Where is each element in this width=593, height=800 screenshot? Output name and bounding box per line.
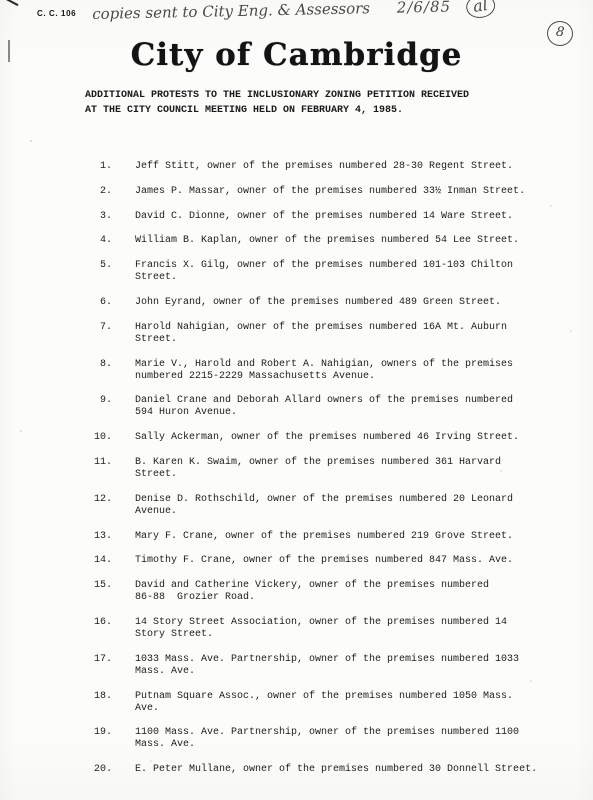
handwritten-note-text: copies sent to City Eng. & Assessors: [92, 0, 370, 23]
document-page: C. C. 106 copies sent to City Eng. & Ass…: [0, 0, 593, 800]
list-item: 4. William B. Kaplan, owner of the premi…: [86, 235, 566, 247]
item-number: 4.: [86, 235, 112, 247]
item-number: 17.: [86, 654, 112, 666]
item-text: 1033 Mass. Ave. Partnership, owner of th…: [135, 654, 519, 678]
item-text: Daniel Crane and Deborah Allard owners o…: [135, 395, 513, 419]
item-text: Sally Ackerman, owner of the premises nu…: [135, 432, 519, 444]
item-number: 9.: [86, 395, 112, 407]
list-item: 18. Putnam Square Assoc., owner of the p…: [86, 691, 566, 715]
item-number: 2.: [86, 186, 112, 198]
list-item: 14. Timothy F. Crane, owner of the premi…: [86, 555, 566, 567]
handwritten-annotation: copies sent to City Eng. & Assessors 2/6…: [92, 0, 495, 26]
document-title: City of Cambridge: [0, 37, 593, 73]
list-item: 1. Jeff Stitt, owner of the premises num…: [86, 161, 566, 173]
document-subtitle: ADDITIONAL PROTESTS TO THE INCLUSIONARY …: [85, 88, 469, 118]
item-text: B. Karen K. Swaim, owner of the premises…: [135, 457, 501, 481]
list-item: 9. Daniel Crane and Deborah Allard owner…: [86, 395, 566, 419]
protest-list: 1. Jeff Stitt, owner of the premises num…: [86, 161, 566, 789]
item-text: Putnam Square Assoc., owner of the premi…: [135, 691, 513, 715]
list-item: 15. David and Catherine Vickery, owner o…: [86, 580, 566, 604]
item-text: John Eyrand, owner of the premises numbe…: [135, 297, 501, 309]
item-text: Francis X. Gilg, owner of the premises n…: [135, 260, 513, 284]
item-text: Harold Nahigian, owner of the premises n…: [135, 322, 507, 346]
item-number: 10.: [86, 432, 112, 444]
form-number: C. C. 106: [37, 9, 76, 18]
item-text: 1100 Mass. Ave. Partnership, owner of th…: [135, 727, 519, 751]
list-item: 20. E. Peter Mullane, owner of the premi…: [86, 764, 566, 776]
item-number: 20.: [86, 764, 112, 776]
list-item: 8. Marie V., Harold and Robert A. Nahigi…: [86, 359, 566, 383]
list-item: 17. 1033 Mass. Ave. Partnership, owner o…: [86, 654, 566, 678]
item-text: David C. Dionne, owner of the premises n…: [135, 211, 513, 223]
item-text: Timothy F. Crane, owner of the premises …: [135, 555, 513, 567]
list-item: 10. Sally Ackerman, owner of the premise…: [86, 432, 566, 444]
list-item: 2. James P. Massar, owner of the premise…: [86, 186, 566, 198]
list-item: 7. Harold Nahigian, owner of the premise…: [86, 322, 566, 346]
scan-artifact-corner: [5, 0, 18, 6]
item-text: William B. Kaplan, owner of the premises…: [135, 235, 519, 247]
item-number: 12.: [86, 494, 112, 506]
item-number: 8.: [86, 359, 112, 371]
item-number: 19.: [86, 727, 112, 739]
item-number: 5.: [86, 260, 112, 272]
list-item: 13. Mary F. Crane, owner of the premises…: [86, 531, 566, 543]
item-number: 6.: [86, 297, 112, 309]
item-text: David and Catherine Vickery, owner of th…: [135, 580, 489, 604]
item-text: James P. Massar, owner of the premises n…: [135, 186, 525, 198]
item-text: 14 Story Street Association, owner of th…: [135, 617, 507, 641]
item-text: Marie V., Harold and Robert A. Nahigian,…: [135, 359, 513, 383]
handwritten-date: 2/6/85: [397, 0, 452, 17]
item-text: Jeff Stitt, owner of the premises number…: [135, 161, 513, 173]
list-item: 5. Francis X. Gilg, owner of the premise…: [86, 260, 566, 284]
list-item: 19. 1100 Mass. Ave. Partnership, owner o…: [86, 727, 566, 751]
item-number: 1.: [86, 161, 112, 173]
item-number: 13.: [86, 531, 112, 543]
item-number: 14.: [86, 555, 112, 567]
item-number: 3.: [86, 211, 112, 223]
list-item: 12. Denise D. Rothschild, owner of the p…: [86, 494, 566, 518]
scan-noise: [30, 140, 32, 142]
item-text: Denise D. Rothschild, owner of the premi…: [135, 494, 513, 518]
item-number: 11.: [86, 457, 112, 469]
list-item: 6. John Eyrand, owner of the premises nu…: [86, 297, 566, 309]
item-number: 7.: [86, 322, 112, 334]
list-item: 3. David C. Dionne, owner of the premise…: [86, 211, 566, 223]
item-text: E. Peter Mullane, owner of the premises …: [135, 764, 537, 776]
item-number: 16.: [86, 617, 112, 629]
list-item: 16. 14 Story Street Association, owner o…: [86, 617, 566, 641]
item-number: 18.: [86, 691, 112, 703]
list-item: 11. B. Karen K. Swaim, owner of the prem…: [86, 457, 566, 481]
item-text: Mary F. Crane, owner of the premises num…: [135, 531, 513, 543]
item-number: 15.: [86, 580, 112, 592]
handwritten-initials-circled: al: [464, 0, 496, 20]
